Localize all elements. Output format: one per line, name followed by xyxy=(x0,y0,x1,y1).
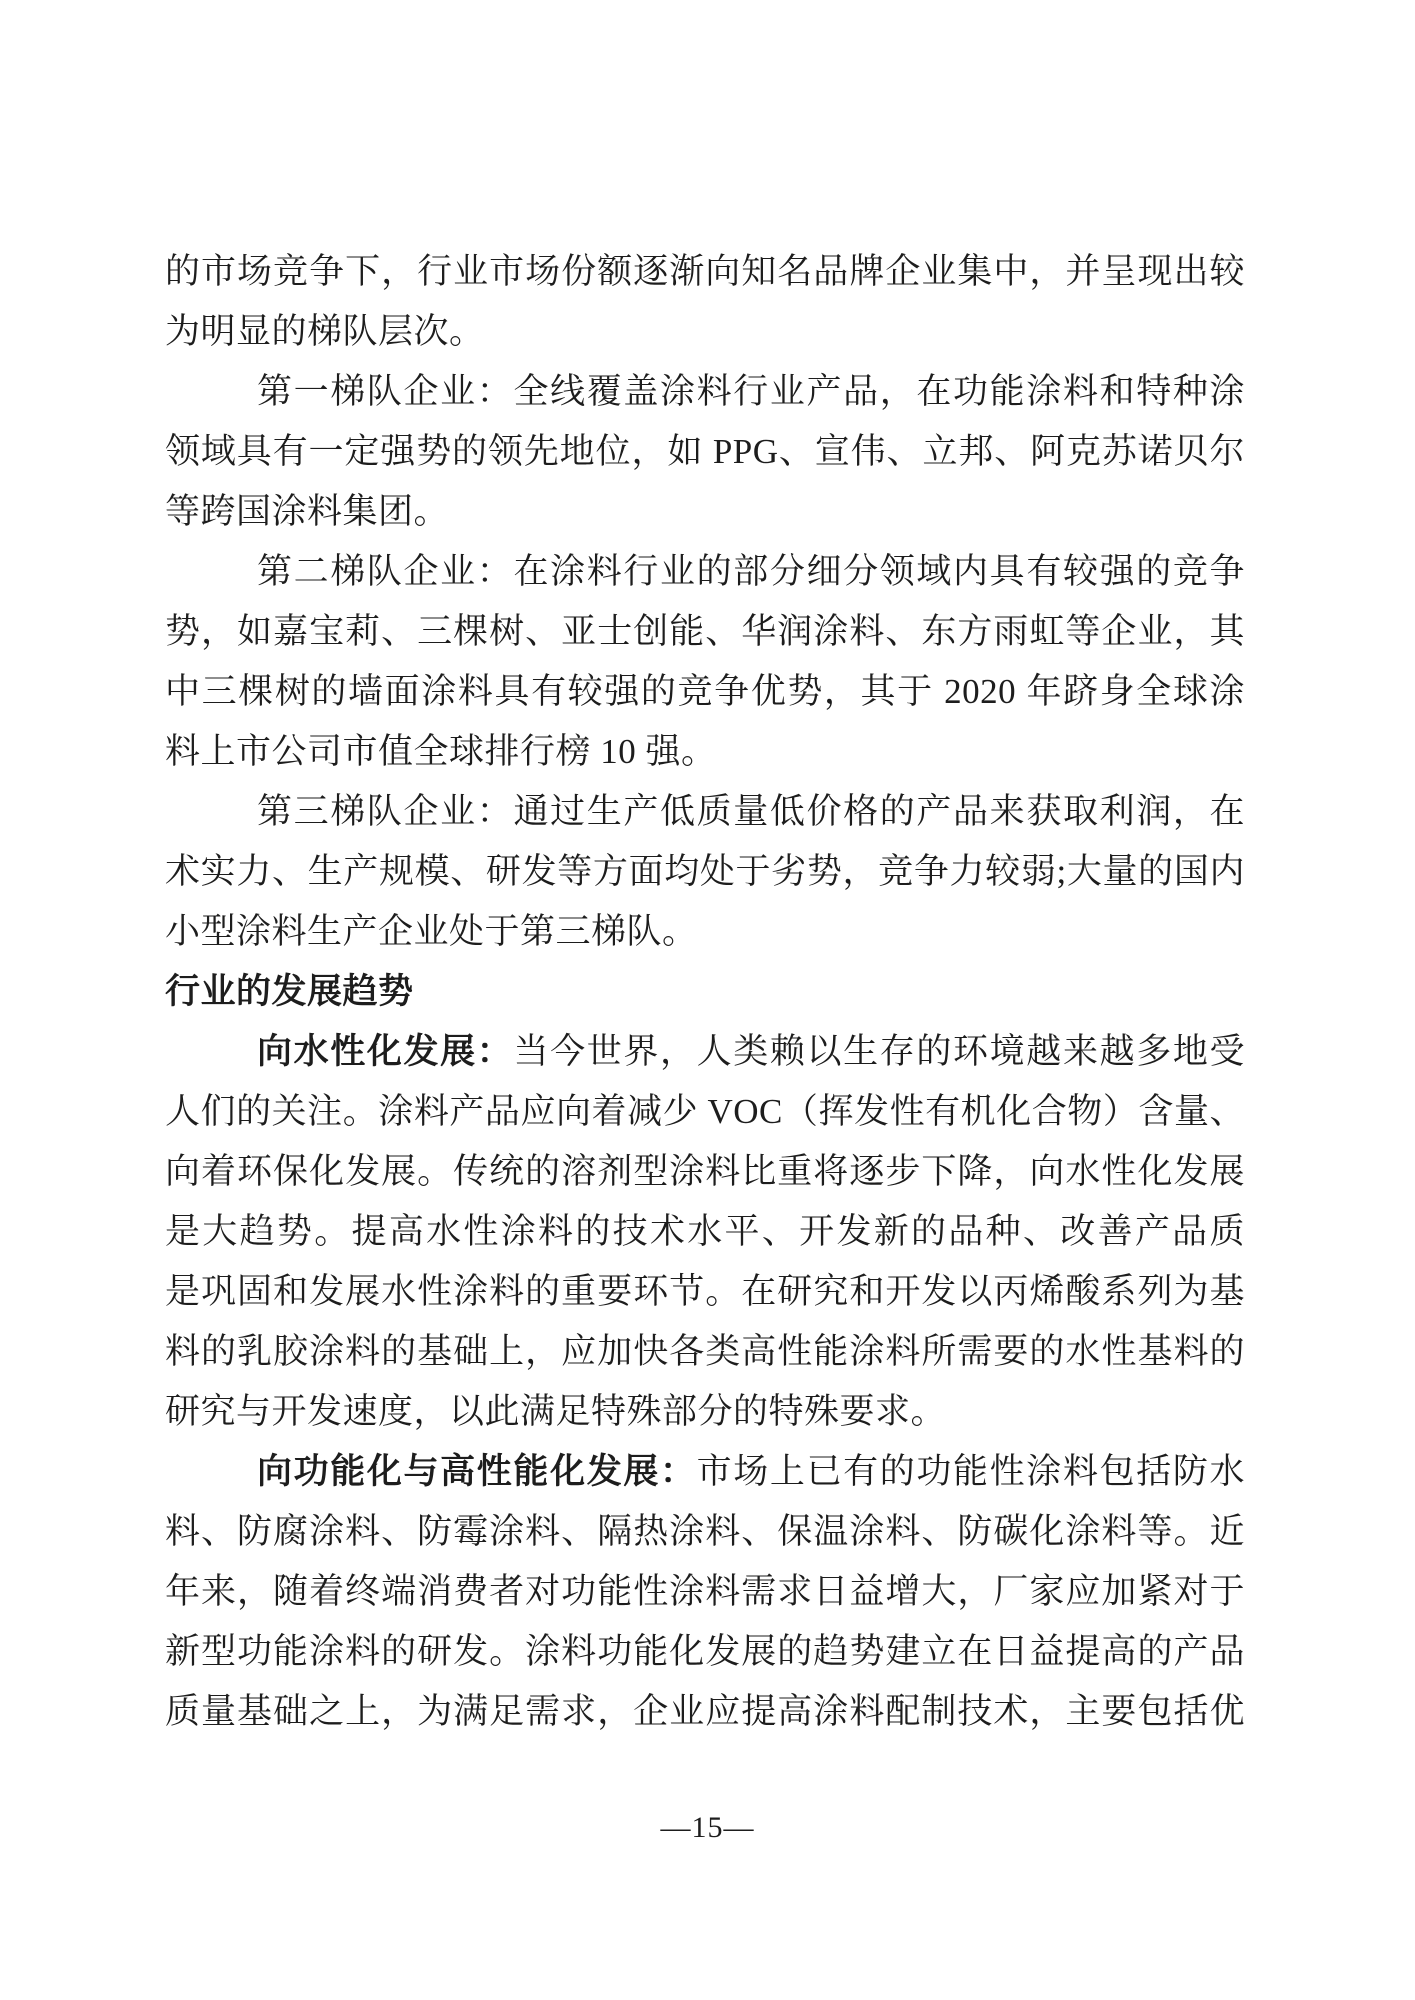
paragraph-line: 新型功能涂料的研发。涂料功能化发展的趋势建立在日益提高的产品 xyxy=(165,1622,1245,1682)
text-segment: 术实力、生产规模、研发等方面均处于劣势，竞争力较弱;大量的国内 xyxy=(165,852,1245,891)
paragraph-line: 领域具有一定强势的领先地位，如 PPG、宣伟、立邦、阿克苏诺贝尔 xyxy=(165,422,1245,482)
paragraph-line: 是大趋势。提高水性涂料的技术水平、开发新的品种、改善产品质量， xyxy=(165,1202,1245,1262)
page-footer: —15— xyxy=(0,1806,1415,1850)
text-segment: 第二梯队企业：在涂料行业的部分细分领域内具有较强的竞争优 xyxy=(257,552,1245,602)
text-block: 的市场竞争下，行业市场份额逐渐向知名品牌企业集中，并呈现出较为明显的梯队层次。第… xyxy=(165,242,1245,1742)
paragraph-line: 年来，随着终端消费者对功能性涂料需求日益增大，厂家应加紧对于 xyxy=(165,1562,1245,1622)
paragraph-line: 向功能化与高性能化发展：市场上已有的功能性涂料包括防水涂 xyxy=(165,1442,1245,1502)
text-segment: 料上市公司市值全球排行榜 10 强。 xyxy=(165,732,717,771)
text-segment: 研究与开发速度，以此满足特殊部分的特殊要求。 xyxy=(165,1392,946,1431)
paragraph-line: 势，如嘉宝莉、三棵树、亚士创能、华润涂料、东方雨虹等企业，其 xyxy=(165,602,1245,662)
text-segment: 新型功能涂料的研发。涂料功能化发展的趋势建立在日益提高的产品 xyxy=(165,1632,1245,1671)
paragraph-line: 第一梯队企业：全线覆盖涂料行业产品，在功能涂料和特种涂料 xyxy=(165,362,1245,422)
paragraph-line: 是巩固和发展水性涂料的重要环节。在研究和开发以丙烯酸系列为基 xyxy=(165,1262,1245,1322)
text-segment: 第一梯队企业：全线覆盖涂料行业产品，在功能涂料和特种涂料 xyxy=(257,372,1245,422)
bold-text-segment: 行业的发展趋势 xyxy=(165,972,414,1011)
text-segment: 料的乳胶涂料的基础上，应加快各类高性能涂料所需要的水性基料的 xyxy=(165,1332,1245,1371)
text-segment: 人们的关注。涂料产品应向着减少 VOC（挥发性有机化合物）含量、 xyxy=(165,1092,1245,1131)
text-segment: 等跨国涂料集团。 xyxy=(165,492,449,531)
text-segment: 为明显的梯队层次。 xyxy=(165,312,485,351)
bold-text-segment: 向功能化与高性能化发展： xyxy=(257,1452,697,1491)
paragraph-line: 第二梯队企业：在涂料行业的部分细分领域内具有较强的竞争优 xyxy=(165,542,1245,602)
text-segment: 料、防腐涂料、防霉涂料、隔热涂料、保温涂料、防碳化涂料等。近 xyxy=(165,1512,1245,1551)
text-segment: 向着环保化发展。传统的溶剂型涂料比重将逐步下降，向水性化发展 xyxy=(165,1152,1245,1191)
paragraph-line: 料上市公司市值全球排行榜 10 强。 xyxy=(165,722,1245,782)
paragraph-line: 向水性化发展：当今世界，人类赖以生存的环境越来越多地受到 xyxy=(165,1022,1245,1082)
text-segment: 第三梯队企业：通过生产低质量低价格的产品来获取利润，在技 xyxy=(257,792,1245,842)
section-heading: 行业的发展趋势 xyxy=(165,962,1245,1022)
paragraph-line: 研究与开发速度，以此满足特殊部分的特殊要求。 xyxy=(165,1382,1245,1442)
text-segment: 领域具有一定强势的领先地位，如 PPG、宣伟、立邦、阿克苏诺贝尔 xyxy=(165,432,1245,471)
bold-text-segment: 向水性化发展： xyxy=(257,1032,513,1071)
paragraph-line: 料的乳胶涂料的基础上，应加快各类高性能涂料所需要的水性基料的 xyxy=(165,1322,1245,1382)
paragraph-line: 料、防腐涂料、防霉涂料、隔热涂料、保温涂料、防碳化涂料等。近 xyxy=(165,1502,1245,1562)
paragraph-line: 等跨国涂料集团。 xyxy=(165,482,1245,542)
paragraph-line: 的市场竞争下，行业市场份额逐渐向知名品牌企业集中，并呈现出较 xyxy=(165,242,1245,302)
text-segment: 势，如嘉宝莉、三棵树、亚士创能、华润涂料、东方雨虹等企业，其 xyxy=(165,612,1245,651)
text-segment: 是巩固和发展水性涂料的重要环节。在研究和开发以丙烯酸系列为基 xyxy=(165,1272,1245,1311)
paragraph-line: 质量基础之上，为满足需求，企业应提高涂料配制技术，主要包括优 xyxy=(165,1682,1245,1742)
paragraph-line: 小型涂料生产企业处于第三梯队。 xyxy=(165,902,1245,962)
paragraph-line: 术实力、生产规模、研发等方面均处于劣势，竞争力较弱;大量的国内 xyxy=(165,842,1245,902)
text-segment: 中三棵树的墙面涂料具有较强的竞争优势，其于 2020 年跻身全球涂 xyxy=(165,672,1245,711)
paragraph-line: 为明显的梯队层次。 xyxy=(165,302,1245,362)
text-segment: 质量基础之上，为满足需求，企业应提高涂料配制技术，主要包括优 xyxy=(165,1692,1245,1731)
paragraph-line: 中三棵树的墙面涂料具有较强的竞争优势，其于 2020 年跻身全球涂 xyxy=(165,662,1245,722)
text-segment: 的市场竞争下，行业市场份额逐渐向知名品牌企业集中，并呈现出较 xyxy=(165,252,1245,291)
text-segment: 是大趋势。提高水性涂料的技术水平、开发新的品种、改善产品质量， xyxy=(165,1212,1245,1262)
page-number: —15— xyxy=(661,1811,755,1844)
paragraph-line: 向着环保化发展。传统的溶剂型涂料比重将逐步下降，向水性化发展 xyxy=(165,1142,1245,1202)
paragraph-line: 第三梯队企业：通过生产低质量低价格的产品来获取利润，在技 xyxy=(165,782,1245,842)
paragraph-line: 人们的关注。涂料产品应向着减少 VOC（挥发性有机化合物）含量、 xyxy=(165,1082,1245,1142)
text-segment: 年来，随着终端消费者对功能性涂料需求日益增大，厂家应加紧对于 xyxy=(165,1572,1245,1611)
text-segment: 小型涂料生产企业处于第三梯队。 xyxy=(165,912,698,951)
document-page: 的市场竞争下，行业市场份额逐渐向知名品牌企业集中，并呈现出较为明显的梯队层次。第… xyxy=(0,0,1415,2000)
